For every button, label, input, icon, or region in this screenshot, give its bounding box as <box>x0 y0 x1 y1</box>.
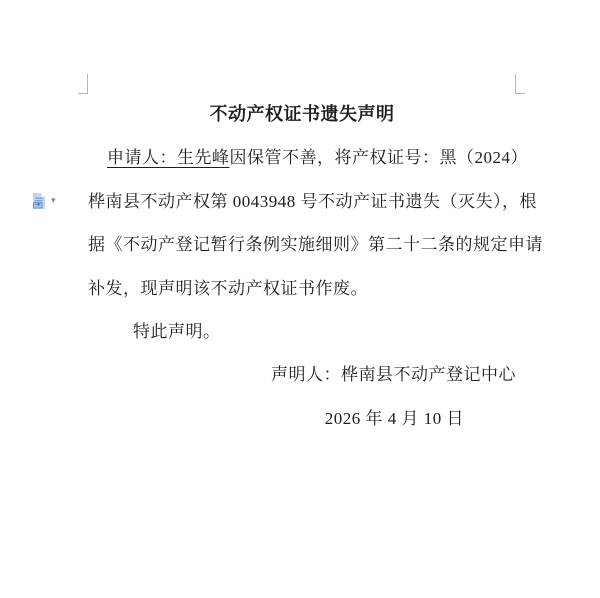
paragraph-line-1: 申请人：生先峰因保管不善，将产权证号：黑（2024） <box>88 136 516 179</box>
paragraph-line-4: 补发，现声明该不动产权证书作废。 <box>88 267 516 310</box>
applicant-name-underlined: 申请人：生先峰 <box>107 148 230 167</box>
margin-crop-mark-top-right <box>515 74 525 94</box>
paragraph-line-3: 据《不动产登记暂行条例实施细则》第二十二条的规定申请 <box>88 223 516 266</box>
closing-statement: 特此声明。 <box>88 310 516 353</box>
margin-crop-mark-top-left <box>78 74 88 94</box>
declarant-line: 声明人：桦南县不动产登记中心 <box>88 353 516 396</box>
paragraph-line-1-rest: 因保管不善，将产权证号：黑（2024） <box>230 148 529 167</box>
paragraph-line-2: 桦南县不动产权第 0043948 号不动产证书遗失（灭失），根 <box>88 180 516 223</box>
date-line: 2026 年 4 月 10 日 <box>88 397 516 440</box>
chevron-down-icon[interactable]: ▾ <box>51 196 56 206</box>
paste-options-button[interactable]: ▾ <box>32 193 56 215</box>
word-document-page: ▾ 不动产权证书遗失声明 申请人：生先峰因保管不善，将产权证号：黑（2024） … <box>0 0 600 598</box>
document-body: 不动产权证书遗失声明 申请人：生先峰因保管不善，将产权证号：黑（2024） 桦南… <box>88 93 516 440</box>
paste-options-icon[interactable] <box>32 193 46 215</box>
document-title: 不动产权证书遗失声明 <box>88 93 516 136</box>
